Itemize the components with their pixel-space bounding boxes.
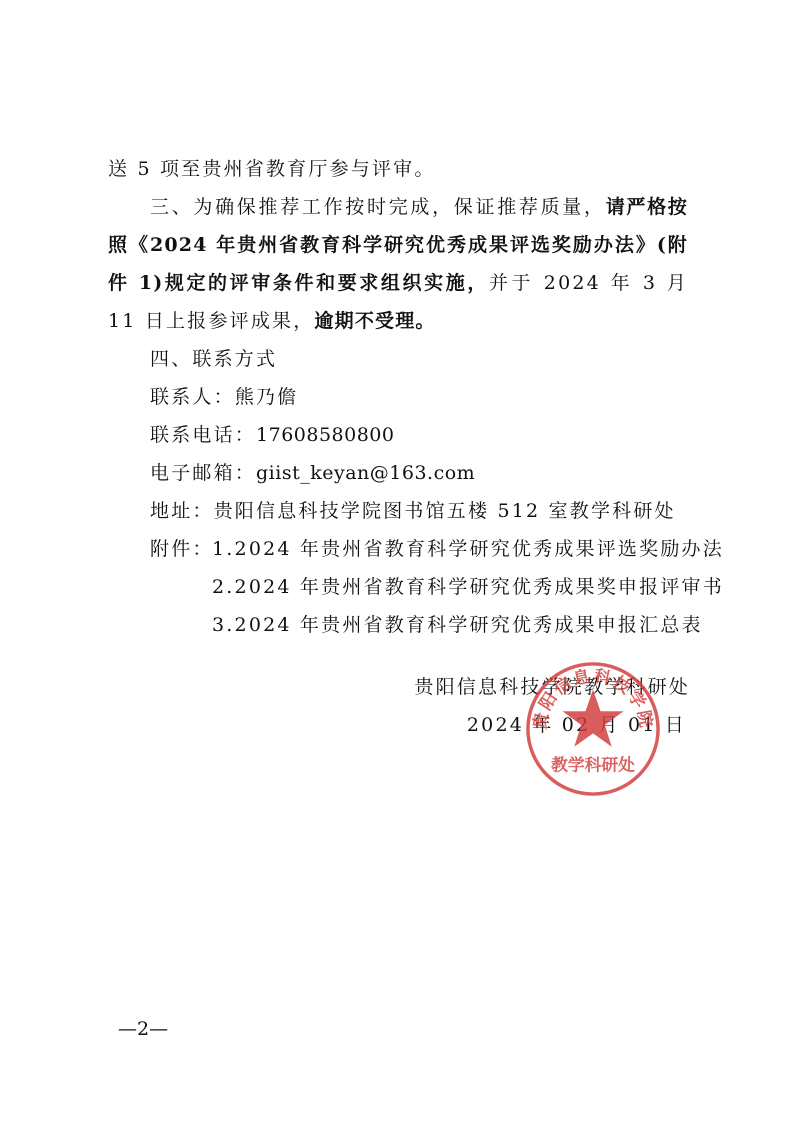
contact-person-label: 联系人： <box>150 386 235 408</box>
contact-address-line: 地址：贵阳信息科技学院图书馆五楼 512 室教学科研处 <box>108 492 688 530</box>
attachment-item: 3.2024 年贵州省教育科学研究优秀成果申报汇总表 <box>212 606 724 644</box>
paragraph-text: 送 5 项至贵州省教育厅参与评审。 <box>108 158 436 180</box>
document-page: 送 5 项至贵州省教育厅参与评审。 三、为确保推荐工作按时完成，保证推荐质量，请… <box>0 0 793 1122</box>
contact-phone-label: 联系电话： <box>150 424 256 446</box>
contact-address-value: 贵阳信息科技学院图书馆五楼 512 室教学科研处 <box>214 500 676 522</box>
attachment-item: 1.2024 年贵州省教育科学研究优秀成果评选奖励办法 <box>212 530 724 568</box>
attachments-list: 1.2024 年贵州省教育科学研究优秀成果评选奖励办法 2.2024 年贵州省教… <box>212 530 724 644</box>
section-heading-contact: 四、联系方式 <box>108 340 688 378</box>
paragraph-continuation: 送 5 项至贵州省教育厅参与评审。 <box>108 150 688 188</box>
contact-phone-value: 17608580800 <box>256 424 394 446</box>
page-number: —2— <box>118 1017 168 1041</box>
emphasis-text: 逾期不受理。 <box>314 310 435 332</box>
attachments-label: 附件： <box>150 530 212 644</box>
attachments-block: 附件： 1.2024 年贵州省教育科学研究优秀成果评选奖励办法 2.2024 年… <box>108 530 688 644</box>
section-heading: 四、联系方式 <box>150 348 277 370</box>
contact-address-label: 地址： <box>150 500 214 522</box>
signature-date: 2024 年 02 月 01 日 <box>400 706 690 744</box>
seal-bottom-text: 教学科研处 <box>551 754 635 774</box>
document-body: 送 5 项至贵州省教育厅参与评审。 三、为确保推荐工作按时完成，保证推荐质量，请… <box>108 150 688 644</box>
signature-block: 贵阳信息科技学院教学科研处 2024 年 02 月 01 日 <box>400 668 690 744</box>
paragraph-text: 三、为确保推荐工作按时完成，保证推荐质量， <box>150 196 606 218</box>
contact-person-value: 熊乃儋 <box>235 386 299 408</box>
contact-email-label: 电子邮箱： <box>150 462 256 484</box>
contact-person-line: 联系人：熊乃儋 <box>108 378 688 416</box>
contact-email-line: 电子邮箱：giist_keyan@163.com <box>108 454 688 492</box>
signature-organization: 贵阳信息科技学院教学科研处 <box>400 668 690 706</box>
contact-email-value[interactable]: giist_keyan@163.com <box>256 462 475 484</box>
attachment-item: 2.2024 年贵州省教育科学研究优秀成果奖申报评审书 <box>212 568 724 606</box>
contact-phone-line: 联系电话：17608580800 <box>108 416 688 454</box>
paragraph-section-three: 三、为确保推荐工作按时完成，保证推荐质量，请严格按照《2024 年贵州省教育科学… <box>108 188 688 340</box>
